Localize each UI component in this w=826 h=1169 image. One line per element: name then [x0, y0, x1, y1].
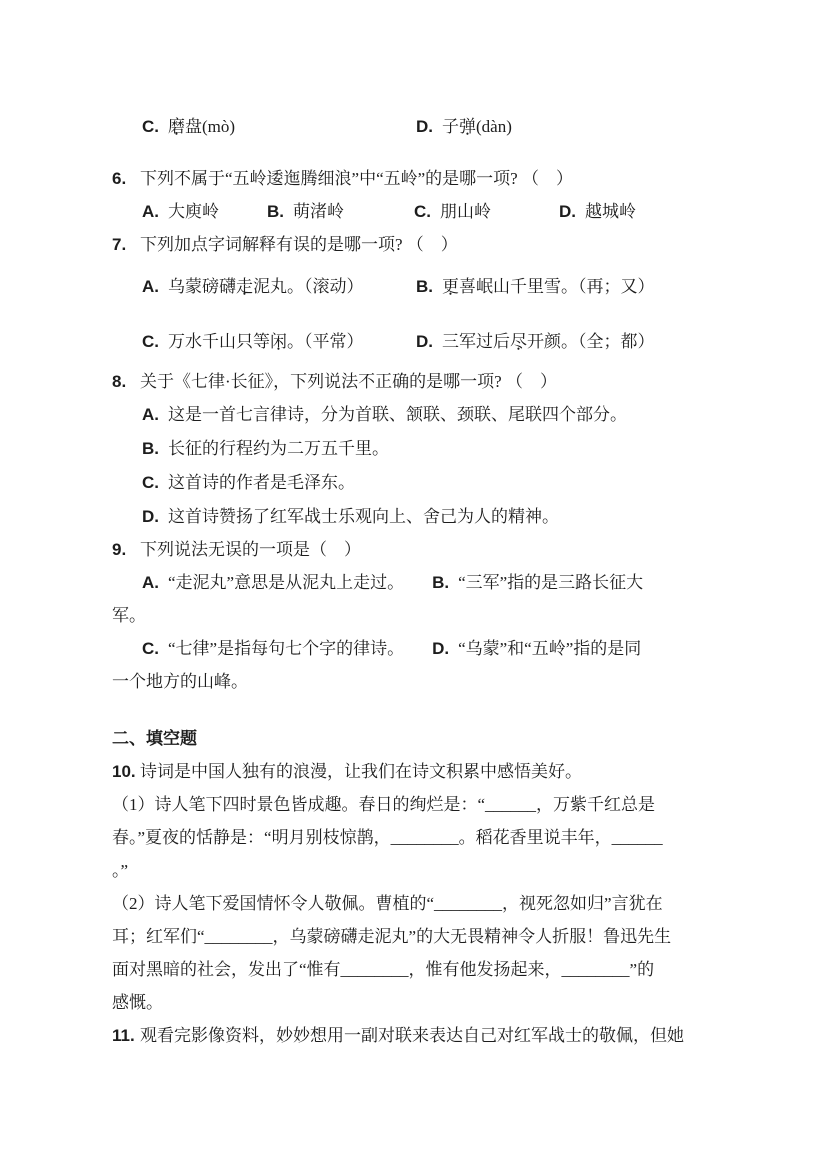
option-letter: B.	[142, 432, 168, 465]
question-7-options-row-2: C.万水千山只等闲。（平常） D.三军过后尽开颜。（全；都）	[112, 325, 730, 358]
question-5-option-d: D.子弹(dàn)	[416, 110, 730, 143]
question-10-part1-line-1: （1）诗人笔下四时景色皆成趣。春日的绚烂是：“______，万紫千红总是	[112, 788, 730, 821]
question-8-option-c: C.这首诗的作者是毛泽东。	[142, 466, 730, 499]
option-letter: B.	[416, 270, 442, 303]
fill-blank-text: （2）诗人笔下爱国情怀令人敬佩。曹植的“________，视死忽如归”言犹在	[112, 894, 663, 913]
option-text: 大庾岭	[168, 202, 219, 221]
question-8-options: A.这是一首七言律诗，分为首联、颔联、颈联、尾联四个部分。 B.长征的行程约为二…	[112, 398, 730, 533]
question-8-option-b: B.长征的行程约为二万五千里。	[142, 432, 730, 465]
option-letter: B.	[432, 566, 458, 599]
question-10-part2-line-2: 耳；红军们“________，乌蒙磅礴走泥丸”的大无畏精神令人折服！鲁迅先生	[112, 920, 730, 953]
question-stem-text: 观看完影像资料，妙妙想用一副对联来表达自己对红军战士的敬佩，但她	[140, 1026, 684, 1045]
fill-blank-text: 春。”夏夜的恬静是：“明月别枝惊鹊，________。稻花香里说丰年，_____…	[112, 828, 663, 847]
question-6-option-a: A.大庾岭	[142, 195, 267, 228]
worksheet-page: C.磨盘(mò) D.子弹(dàn) 6.下列不属于“五岭逶迤腾细浪”中“五岭”…	[0, 0, 826, 1052]
question-stem-text: 诗词是中国人独有的浪漫，让我们在诗文积累中感悟美好。	[140, 762, 582, 781]
option-text: 泥丸。（滚动）	[253, 277, 364, 296]
option-text: 三军过后	[442, 332, 510, 351]
question-7-stem: 7.下列加点字词解释有误的是哪一项? （ ）	[112, 228, 730, 261]
option-letter: C.	[142, 466, 168, 499]
question-number: 11.	[112, 1019, 140, 1052]
question-stem-text: 下列加点字词解释有误的是哪一项? （ ）	[140, 235, 458, 254]
option-letter: A.	[142, 195, 168, 228]
question-stem-text: 下列说法无误的一项是（ ）	[140, 540, 361, 559]
option-text: 开颜。（全；都）	[527, 332, 655, 351]
question-6-options-row: A.大庾岭 B.萌渚岭 C.朋山岭 D.越城岭	[112, 195, 730, 228]
question-7-option-b: B.更喜岷山千里雪。（再；又）	[416, 270, 730, 303]
section-title: 二、填空题	[112, 729, 197, 748]
option-text: “走泥丸”意思是从泥丸上走过。	[168, 573, 404, 592]
option-text: (dàn)	[476, 117, 512, 136]
question-6-option-d: D.越城岭	[559, 195, 730, 228]
option-text: 这首诗的作者是毛泽东。	[168, 473, 355, 492]
fill-blank-text: 。”	[112, 861, 128, 880]
question-9-stem: 9.下列说法无误的一项是（ ）	[112, 533, 730, 566]
option-text: 喜岷山千里雪。（再；又）	[459, 277, 655, 296]
option-text: 这是一首七言律诗，分为首联、颔联、颈联、尾联四个部分。	[168, 405, 627, 424]
option-letter: D.	[559, 195, 585, 228]
question-number: 10.	[112, 755, 140, 788]
option-letter: C.	[414, 195, 440, 228]
option-text: 子	[442, 117, 459, 136]
option-letter: D.	[432, 632, 458, 665]
option-text-wrap: 一个地方的山峰。	[112, 672, 248, 691]
fill-blank-text: 面对黑暗的社会，发出了“惟有________，惟有他发扬起来，________”…	[112, 960, 654, 979]
emphasis-dot-char: 磨	[168, 110, 185, 143]
option-letter: A.	[142, 398, 168, 431]
option-letter: D.	[416, 110, 442, 143]
option-letter: C.	[142, 632, 168, 665]
question-10-stem: 10.诗词是中国人独有的浪漫，让我们在诗文积累中感悟美好。	[112, 755, 730, 788]
option-letter: B.	[267, 195, 293, 228]
question-9-options-line-1: A.“走泥丸”意思是从泥丸上走过。B.“三军”指的是三路长征大	[112, 566, 730, 599]
question-10-part2-line-4: 感慨。	[112, 986, 730, 1019]
emphasis-dot-char: 闲	[270, 325, 287, 358]
question-7-option-d: D.三军过后尽开颜。（全；都）	[416, 325, 730, 358]
option-text: “乌蒙”和“五岭”指的是同	[458, 639, 641, 658]
question-9-options-line-2: 军。	[112, 599, 730, 632]
question-10-part2-line-3: 面对黑暗的社会，发出了“惟有________，惟有他发扬起来，________”…	[112, 953, 730, 986]
option-text: 盘(mò)	[185, 117, 235, 136]
question-7-option-c: C.万水千山只等闲。（平常）	[142, 325, 416, 358]
question-number: 9.	[112, 533, 140, 566]
option-text: “三军”指的是三路长征大	[458, 573, 643, 592]
question-8-option-d: D.这首诗赞扬了红军战士乐观向上、舍己为人的精神。	[142, 500, 730, 533]
option-letter: D.	[416, 325, 442, 358]
option-text: 这首诗赞扬了红军战士乐观向上、舍己为人的精神。	[168, 507, 559, 526]
emphasis-dot-char: 尽	[510, 325, 527, 358]
question-10-part2-line-1: （2）诗人笔下爱国情怀令人敬佩。曹植的“________，视死忽如归”言犹在	[112, 887, 730, 920]
question-6-option-b: B.萌渚岭	[267, 195, 414, 228]
question-number: 8.	[112, 365, 140, 398]
question-5-options-row: C.磨盘(mò) D.子弹(dàn)	[112, 110, 730, 143]
option-text: 。（平常）	[287, 332, 364, 351]
question-6-stem: 6.下列不属于“五岭逶迤腾细浪”中“五岭”的是哪一项? （ ）	[112, 162, 730, 195]
fill-blank-text: 耳；红军们“________，乌蒙磅礴走泥丸”的大无畏精神令人折服！鲁迅先生	[112, 927, 671, 946]
option-text-wrap: 军。	[112, 606, 146, 625]
question-number: 6.	[112, 162, 140, 195]
fill-blank-text: （1）诗人笔下四时景色皆成趣。春日的绚烂是：“______，万紫千红总是	[112, 795, 655, 814]
section-2-header: 二、填空题	[112, 722, 730, 755]
question-stem-text: 下列不属于“五岭逶迤腾细浪”中“五岭”的是哪一项? （ ）	[140, 169, 573, 188]
emphasis-dot-char: 走	[236, 270, 253, 303]
option-text: 越城岭	[585, 202, 636, 221]
option-text: 长征的行程约为二万五千里。	[168, 439, 389, 458]
option-letter: A.	[142, 566, 168, 599]
option-letter: D.	[142, 500, 168, 533]
question-7-option-a: A.乌蒙磅礴走泥丸。（滚动）	[142, 270, 416, 303]
question-10-part1-line-2: 春。”夏夜的恬静是：“明月别枝惊鹊，________。稻花香里说丰年，_____…	[112, 821, 730, 854]
question-10-part1-line-3: 。”	[112, 854, 730, 887]
question-number: 7.	[112, 228, 140, 261]
question-5-option-c: C.磨盘(mò)	[142, 110, 416, 143]
option-text: “七律”是指每句七个字的律诗。	[168, 639, 404, 658]
question-7-options-row-1: A.乌蒙磅礴走泥丸。（滚动） B.更喜岷山千里雪。（再；又）	[112, 270, 730, 303]
option-letter: C.	[142, 325, 168, 358]
option-text: 朋山岭	[440, 202, 491, 221]
question-9-options-line-3: C.“七律”是指每句七个字的律诗。D.“乌蒙”和“五岭”指的是同	[112, 632, 730, 665]
option-letter: A.	[142, 270, 168, 303]
emphasis-dot-char: 更	[442, 270, 459, 303]
option-text: 萌渚岭	[293, 202, 344, 221]
question-stem-text: 关于《七律·长征》，下列说法不正确的是哪一项? （ ）	[140, 372, 557, 391]
question-8-stem: 8.关于《七律·长征》，下列说法不正确的是哪一项? （ ）	[112, 365, 730, 398]
question-6-option-c: C.朋山岭	[414, 195, 559, 228]
question-9-options-line-4: 一个地方的山峰。	[112, 665, 730, 698]
emphasis-dot-char: 弹	[459, 110, 476, 143]
option-letter: C.	[142, 110, 168, 143]
option-text: 万水千山只等	[168, 332, 270, 351]
fill-blank-text: 感慨。	[112, 993, 163, 1012]
question-8-option-a: A.这是一首七言律诗，分为首联、颔联、颈联、尾联四个部分。	[142, 398, 730, 431]
question-11-stem: 11.观看完影像资料，妙妙想用一副对联来表达自己对红军战士的敬佩，但她	[112, 1019, 730, 1052]
option-text: 乌蒙磅礴	[168, 277, 236, 296]
